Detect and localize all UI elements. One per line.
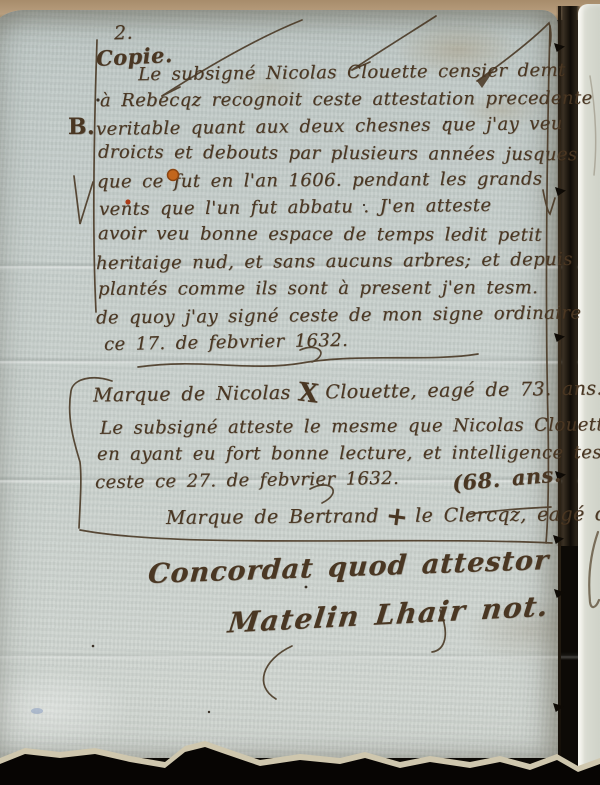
margin-letter: B. <box>68 114 95 140</box>
paper-crease <box>0 652 600 660</box>
attestation-line: heritaige nud, et sans aucuns arbres; et… <box>96 249 573 274</box>
attestation-line: plantés comme ils sont à present j'en te… <box>98 277 538 300</box>
attestation-line: ceste ce 27. de febvrier 1632. <box>95 468 399 493</box>
attestation-line: droicts et debouts par plusieurs années … <box>98 142 578 166</box>
attestation-line: que ce fut en l'an 1606. pendant les gra… <box>97 168 543 192</box>
attestation-line: en ayant eu fort bonne lecture, et intel… <box>97 442 600 465</box>
attestation-line: Le subsigné Nicolas Clouette censier dem… <box>138 60 566 85</box>
mark-prefix: Marque de Nicolas <box>93 382 291 407</box>
mark-suffix: Clouette, eagé de 73. ans. <box>325 377 600 403</box>
attestation-line: vents que l'un fut abbatu . J'en atteste <box>99 195 492 220</box>
cross-mark-icon: X <box>296 377 320 409</box>
paper-crease <box>0 357 600 365</box>
mark-line-bertrand: Marque de Bertrand+le Clercqz, eagé de <box>166 500 600 534</box>
page-number: 2. <box>114 22 134 45</box>
attestation-line: à Rebecqz recognoit ceste attestation pr… <box>100 88 593 112</box>
attestation-line: Le subsigné atteste le mesme que Nicolas… <box>100 414 600 439</box>
mark-prefix: Marque de Bertrand <box>166 505 379 529</box>
manuscript-photo: 2. Copie. B. Le subsigné Nicolas Clouett… <box>0 0 600 785</box>
cross-mark-icon: + <box>384 501 410 534</box>
attestation-line: avoir veu bonne espace de temps ledit pe… <box>98 223 542 246</box>
attestation-line: ce 17. de febvrier 1632. <box>104 330 349 355</box>
mark-suffix: le Clercqz, eagé de <box>415 503 600 527</box>
